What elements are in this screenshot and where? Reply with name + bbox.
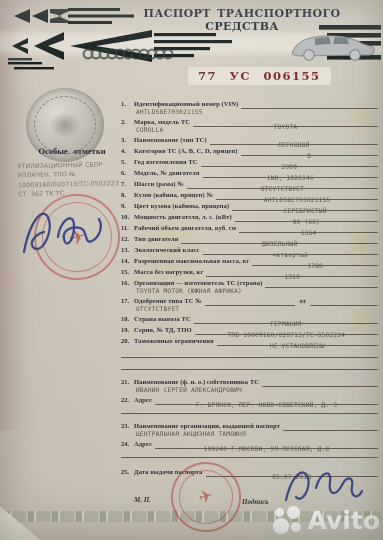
avito-watermark: Avito	[272, 504, 380, 536]
field-number: 4.	[121, 148, 134, 156]
field-row-7: 7.Шасси (рама) №ОТСУТСТВУЕТ	[121, 178, 378, 189]
field-row-13: 13.Экологический классчетвертый	[121, 244, 378, 255]
field-value: COROLLA	[136, 127, 378, 134]
field-label-mid: от	[295, 298, 310, 306]
field-number: 23.	[121, 423, 134, 431]
field-label: Год изготовления ТС	[134, 159, 201, 167]
field-line: 10.Мощность двигателя, л. с. (кВт)90 (66…	[121, 211, 378, 222]
field-underline: ГЕРМАНИЯ	[194, 313, 378, 324]
field-line: 2.Марка, модель ТСTOYOTA	[121, 116, 378, 127]
field-row-6: 6.Модель, № двигателя1ND, 1026146	[121, 167, 378, 178]
field-label: Таможенные ограничения	[134, 338, 217, 346]
avito-watermark-text: Avito	[308, 506, 380, 536]
field-number: 2.	[121, 119, 134, 127]
field-value: TOYOTA	[274, 124, 298, 131]
field-underline: 1ND, 1026146	[203, 167, 379, 178]
field-line: 18.Страна вывоза ТСГЕРМАНИЯ	[121, 313, 378, 324]
field-label: Идентификационный номер (VIN)	[134, 101, 241, 109]
avito-logo-icon	[272, 504, 304, 536]
field-label: Цвет кузова (кабины, прицепа)	[134, 203, 232, 211]
signature-label: Подпись	[242, 498, 268, 506]
field-line: 12.Тип двигателяДИЗЕЛЬНЫЙ	[121, 233, 378, 244]
field-underline: 1310	[206, 266, 378, 277]
field-label: Адрес	[134, 441, 155, 449]
field-label: Наименование организации, выдавшей паспо…	[134, 423, 283, 431]
field-underline: ДИЗЕЛЬНЫЙ	[181, 233, 378, 244]
field-line: 21.Наименование (ф. и. о.) собственника …	[121, 376, 378, 387]
field-row-19: 19.Серия, № ТД, ТПОТПО 10009160/020713/Т…	[121, 324, 378, 335]
pts-document: ПАСПОРТ ТРАНСПОРТНОГО СРЕДСТВА 77 УС 006…	[0, 0, 383, 540]
field-row-9: 9.Цвет кузова (кабины, прицепа)СЕРЕБРИСТ…	[121, 200, 378, 211]
field-underline	[262, 376, 378, 387]
field-line: 6.Модель, № двигателя1ND, 1026146	[121, 167, 378, 178]
field-underline: TOYOTA	[193, 116, 378, 127]
fields: 1.Идентификационный номер (VIN)AHTLD58E7…	[121, 98, 378, 477]
field-value: AHTLD58E703021155	[136, 109, 378, 116]
field-value: TOYOTA MOTOR (ЮЖНАЯ АФРИКА)	[136, 288, 378, 295]
field-underline: СЕРЕБРИСТЫЙ	[232, 200, 378, 211]
field-line: 20.Таможенные ограниченияНЕ УСТАНОВЛЕНЫ	[121, 335, 378, 346]
field-number: 6.	[121, 170, 134, 178]
field-number: 5.	[121, 159, 134, 167]
field-label: Наименование (тип ТС)	[134, 137, 210, 145]
field-row-21: 21.Наименование (ф. и. о.) собственника …	[121, 376, 378, 394]
document-title: ПАСПОРТ ТРАНСПОРТНОГО СРЕДСТВА	[106, 7, 378, 33]
field-value: 109240 Г.МОСКВА, УЛ.ЯУЗСКАЯ, Д.8	[204, 446, 330, 453]
field-underline: В	[241, 145, 378, 156]
field-underline: 1364	[239, 222, 378, 233]
field-row-12: 12.Тип двигателяДИЗЕЛЬНЫЙ	[121, 233, 378, 244]
field-number: 24.	[121, 441, 134, 449]
field-number: 3.	[121, 137, 134, 145]
stamp-place-label: М. П.	[134, 496, 151, 504]
field-row-18: 18.Страна вывоза ТСГЕРМАНИЯ	[121, 313, 378, 324]
field-label: Марка, модель ТС	[134, 119, 193, 127]
blank-underline	[121, 358, 378, 370]
field-underline	[265, 277, 378, 288]
field-underline	[241, 98, 378, 109]
field-label: Модель, № двигателя	[134, 170, 203, 178]
field-label: Адрес	[134, 397, 155, 405]
field-underline: 109240 Г.МОСКВА, УЛ.ЯУЗСКАЯ, Д.8	[155, 438, 378, 449]
field-number: 18.	[121, 316, 134, 324]
field-number: 22.	[121, 397, 134, 405]
field-line: 19.Серия, № ТД, ТПОТПО 10009160/020713/Т…	[121, 324, 378, 335]
field-line: 4.Категория ТС (А, В, С, D, прицеп)В	[121, 145, 378, 156]
field-value: ИВАНИН СЕРГЕЙ АЛЕКСАНДРОВИЧ	[136, 387, 378, 394]
field-line: 24.Адрес109240 Г.МОСКВА, УЛ.ЯУЗСКАЯ, Д.8	[121, 438, 378, 449]
field-underline	[121, 347, 378, 358]
field-line	[121, 346, 378, 358]
field-number: 17.	[121, 298, 134, 306]
field-line: 15.Масса без нагрузки, кг1310	[121, 266, 378, 277]
field-underline: AHTLD58E703021155	[216, 189, 378, 200]
field-label: Разрешенная максимальная масса, кг	[134, 258, 252, 266]
field-underline	[205, 295, 296, 306]
field-line: 1.Идентификационный номер (VIN)	[121, 98, 378, 109]
field-label: Масса без нагрузки, кг	[134, 269, 206, 277]
field-line: 9.Цвет кузова (кабины, прицепа)СЕРЕБРИСТ…	[121, 200, 378, 211]
field-underline: ТПО 10009160/020713/ТС-0502224	[195, 324, 378, 335]
paper-corner-fold	[0, 506, 40, 540]
field-row-14: 14.Разрешенная максимальная масса, кг178…	[121, 255, 378, 266]
field-underline: четвертый	[203, 244, 378, 255]
field-row-20: 20.Таможенные ограниченияНЕ УСТАНОВЛЕНЫ	[121, 335, 378, 346]
field-line: 13.Экологический классчетвертый	[121, 244, 378, 255]
field-number: 25.	[121, 469, 134, 477]
field-label: Серия, № ТД, ТПО	[134, 327, 195, 335]
field-line: 5.Год изготовления ТС2009	[121, 156, 378, 167]
field-value: ЦЕНТРАЛЬНАЯ АКЦИЗНАЯ ТАМОЖНЯ	[136, 431, 378, 438]
field-label: Шасси (рама) №	[134, 181, 187, 189]
field-value: ОТСУТСТВУЕТ	[136, 306, 378, 313]
field-underline: ОТСУТСТВУЕТ	[187, 178, 378, 189]
special-marks-title: Особые отметки	[14, 146, 130, 156]
field-underline	[310, 295, 378, 306]
field-underline: 1780	[252, 255, 378, 266]
field-label: Одобрение типа ТС №	[134, 298, 205, 306]
field-number: 15.	[121, 269, 134, 277]
field-line: 16.Организация — изготовитель ТС (страна…	[121, 277, 378, 288]
field-underline	[283, 420, 378, 431]
field-row-1: 1.Идентификационный номер (VIN)AHTLD58E7…	[121, 98, 378, 116]
field-line: 22.АдресГ. БРЯНСК, ПЕР. НОВО-СОВЕТСКИЙ, …	[121, 394, 378, 405]
field-line: 3.Наименование (тип ТС)ЛЕГКОВОЙ	[121, 134, 378, 145]
field-underline: Г. БРЯНСК, ПЕР. НОВО-СОВЕТСКИЙ, Д. 3	[155, 394, 378, 405]
field-label: Экологический класс	[134, 247, 203, 255]
field-number: 16.	[121, 280, 134, 288]
document-serial-number: 77 УС 006155	[188, 67, 331, 85]
field-line: 23.Наименование организации, выдавшей па…	[121, 420, 378, 431]
field-underline: НЕ УСТАНОВЛЕНЫ	[217, 335, 378, 346]
field-line: 14.Разрешенная максимальная масса, кг178…	[121, 255, 378, 266]
field-line	[121, 358, 378, 370]
field-row-23: 23.Наименование организации, выдавшей па…	[121, 420, 378, 438]
field-label: Тип двигателя	[134, 236, 181, 244]
blank-underline	[121, 346, 378, 358]
field-line: 17.Одобрение типа ТС №от	[121, 295, 378, 306]
field-row-3: 3.Наименование (тип ТС)ЛЕГКОВОЙ	[121, 134, 378, 145]
field-row-16: 16.Организация — изготовитель ТС (страна…	[121, 277, 378, 295]
field-row-15: 15.Масса без нагрузки, кг1310	[121, 266, 378, 277]
field-label: Категория ТС (А, В, С, D, прицеп)	[134, 148, 241, 156]
field-underline: 2009	[201, 156, 378, 167]
field-line: 11.Рабочий объем двигателя, куб. см1364	[121, 222, 378, 233]
field-row-4: 4.Категория ТС (А, В, С, D, прицеп)В	[121, 145, 378, 156]
field-row-8: 8.Кузов (кабина, прицеп) №AHTLD58E703021…	[121, 189, 378, 200]
field-label: Страна вывоза ТС	[134, 316, 194, 324]
field-line: 8.Кузов (кабина, прицеп) №AHTLD58E703021…	[121, 189, 378, 200]
field-number: 1.	[121, 101, 134, 109]
field-value: Г. БРЯНСК, ПЕР. НОВО-СОВЕТСКИЙ, Д. 3	[196, 402, 337, 409]
field-line: 7.Шасси (рама) №ОТСУТСТВУЕТ	[121, 178, 378, 189]
handwritten-signature-left	[12, 196, 130, 268]
field-row-11: 11.Рабочий объем двигателя, куб. см1364	[121, 222, 378, 233]
field-row-22: 22.АдресГ. БРЯНСК, ПЕР. НОВО-СОВЕТСКИЙ, …	[121, 394, 378, 414]
field-underline: 90 (66)	[235, 211, 378, 222]
field-number: 7.	[121, 181, 134, 189]
field-label: Организация — изготовитель ТС (страна)	[134, 280, 265, 288]
field-row-24: 24.Адрес109240 Г.МОСКВА, УЛ.ЯУЗСКАЯ, Д.8	[121, 438, 378, 458]
field-label: Мощность двигателя, л. с. (кВт)	[134, 214, 235, 222]
field-label: Наименование (ф. и. о.) собственника ТС	[134, 379, 262, 387]
field-row-17: 17.Одобрение типа ТС №отОТСУТСТВУЕТ	[121, 295, 378, 313]
field-row-10: 10.Мощность двигателя, л. с. (кВт)90 (66…	[121, 211, 378, 222]
field-number: 21.	[121, 379, 134, 387]
airplane-icon: ✈	[197, 486, 215, 509]
field-number: 19.	[121, 327, 134, 335]
field-underline	[121, 359, 378, 370]
field-label: Кузов (кабина, прицеп) №	[134, 192, 216, 200]
field-underline: ЛЕГКОВОЙ	[210, 134, 378, 145]
field-number: 20.	[121, 338, 134, 346]
field-label: Рабочий объем двигателя, куб. см	[134, 225, 239, 233]
field-row-2: 2.Марка, модель ТСTOYOTACOROLLA	[121, 116, 378, 134]
field-row-5: 5.Год изготовления ТС2009	[121, 156, 378, 167]
